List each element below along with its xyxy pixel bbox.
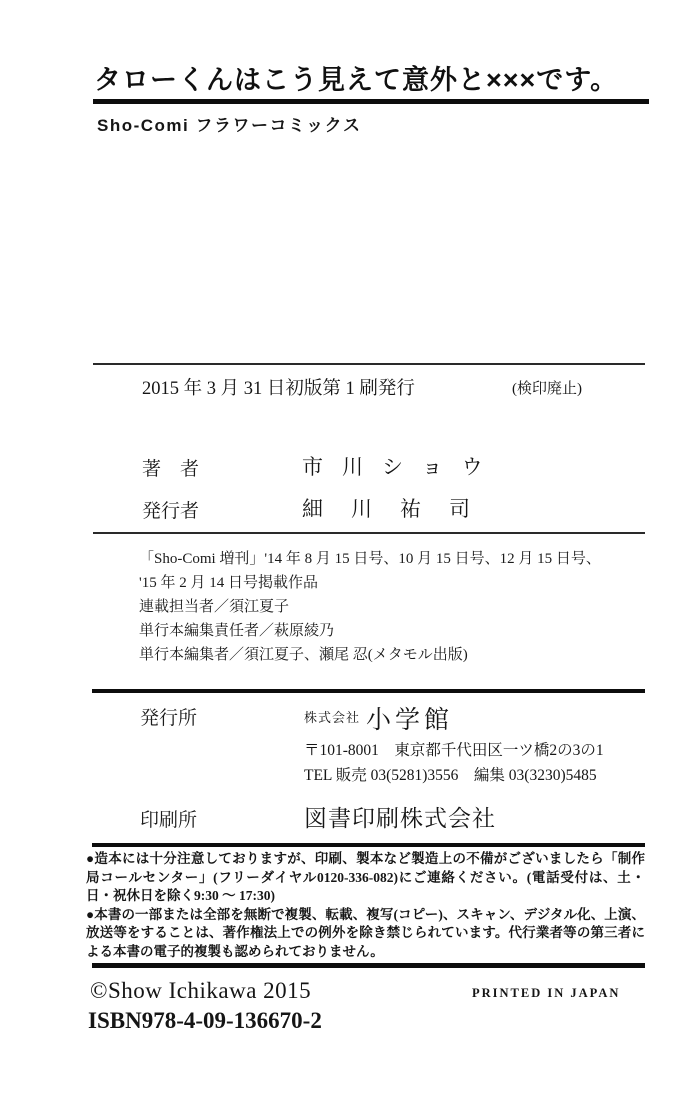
printed-in-japan-label: PRINTED IN JAPAN [472,986,620,1001]
edition-date: 2015 年 3 月 31 日初版第 1 刷発行 [142,374,415,400]
book-title: タローくんはこう見えて意外と×××です。 [94,58,618,97]
author-name: 市川ショウ [302,451,502,481]
inspection-abolished-note: (検印廃止) [512,377,582,398]
isbn-number: ISBN978-4-09-136670-2 [88,1008,322,1034]
company-name: 小学館 [366,707,453,734]
serialization-line-2: '15 年 2 月 14 日号掲載作品 [139,571,601,595]
printer-name: 図書印刷株式会社 [304,800,496,833]
divider-thick-legal-bottom [92,963,645,968]
serialization-line-1: 「Sho-Comi 増刊」'14 年 8 月 15 日号、10 月 15 日号、… [139,547,601,571]
legal-notice-copyright: ●本書の一部または全部を無断で複製、転載、複写(コピー)、スキャン、デジタル化、… [86,906,645,962]
legal-notices-block: ●造本には十分注意しておりますが、印刷、製本など製造上の不備がございましたら「制… [86,850,645,962]
legal-notice-binding: ●造本には十分注意しておりますが、印刷、製本など製造上の不備がございましたら「制… [86,850,645,906]
serialization-block: 「Sho-Comi 増刊」'14 年 8 月 15 日号、10 月 15 日号、… [139,547,601,667]
printer-label: 印刷所 [140,805,197,832]
issuer-name: 細川祐司 [302,493,498,523]
divider-thin-middle [93,532,645,534]
copyright-line: ©Show Ichikawa 2015 [90,978,311,1004]
colophon-page: タローくんはこう見えて意外と×××です。 Sho-Comi フラワーコミックス … [0,0,700,1094]
company-prefix: 株式会社 [304,710,360,725]
serialization-line-4: 単行本編集責任者／萩原綾乃 [139,619,601,643]
issuer-label: 発行者 [142,496,199,523]
publishing-house-name-line: 株式会社小学館 [304,700,453,736]
series-label: Sho-Comi フラワーコミックス [97,111,361,136]
author-label: 著 者 [142,454,199,481]
publisher-telephone: TEL 販売 03(5281)3556 編集 03(3230)5485 [304,763,597,785]
divider-thin-top [93,363,645,365]
publishing-house-label: 発行所 [140,703,197,730]
divider-thick-legal-top [92,843,645,847]
title-underline-rule [93,99,649,104]
serialization-line-5: 単行本編集者／須江夏子、瀬尾 忍(メタモル出版) [139,643,601,667]
serialization-line-3: 連載担当者／須江夏子 [139,595,601,619]
divider-thick-publisher-top [92,689,645,693]
publisher-address: 〒101-8001 東京都千代田区一ツ橋2の3の1 [304,738,604,760]
